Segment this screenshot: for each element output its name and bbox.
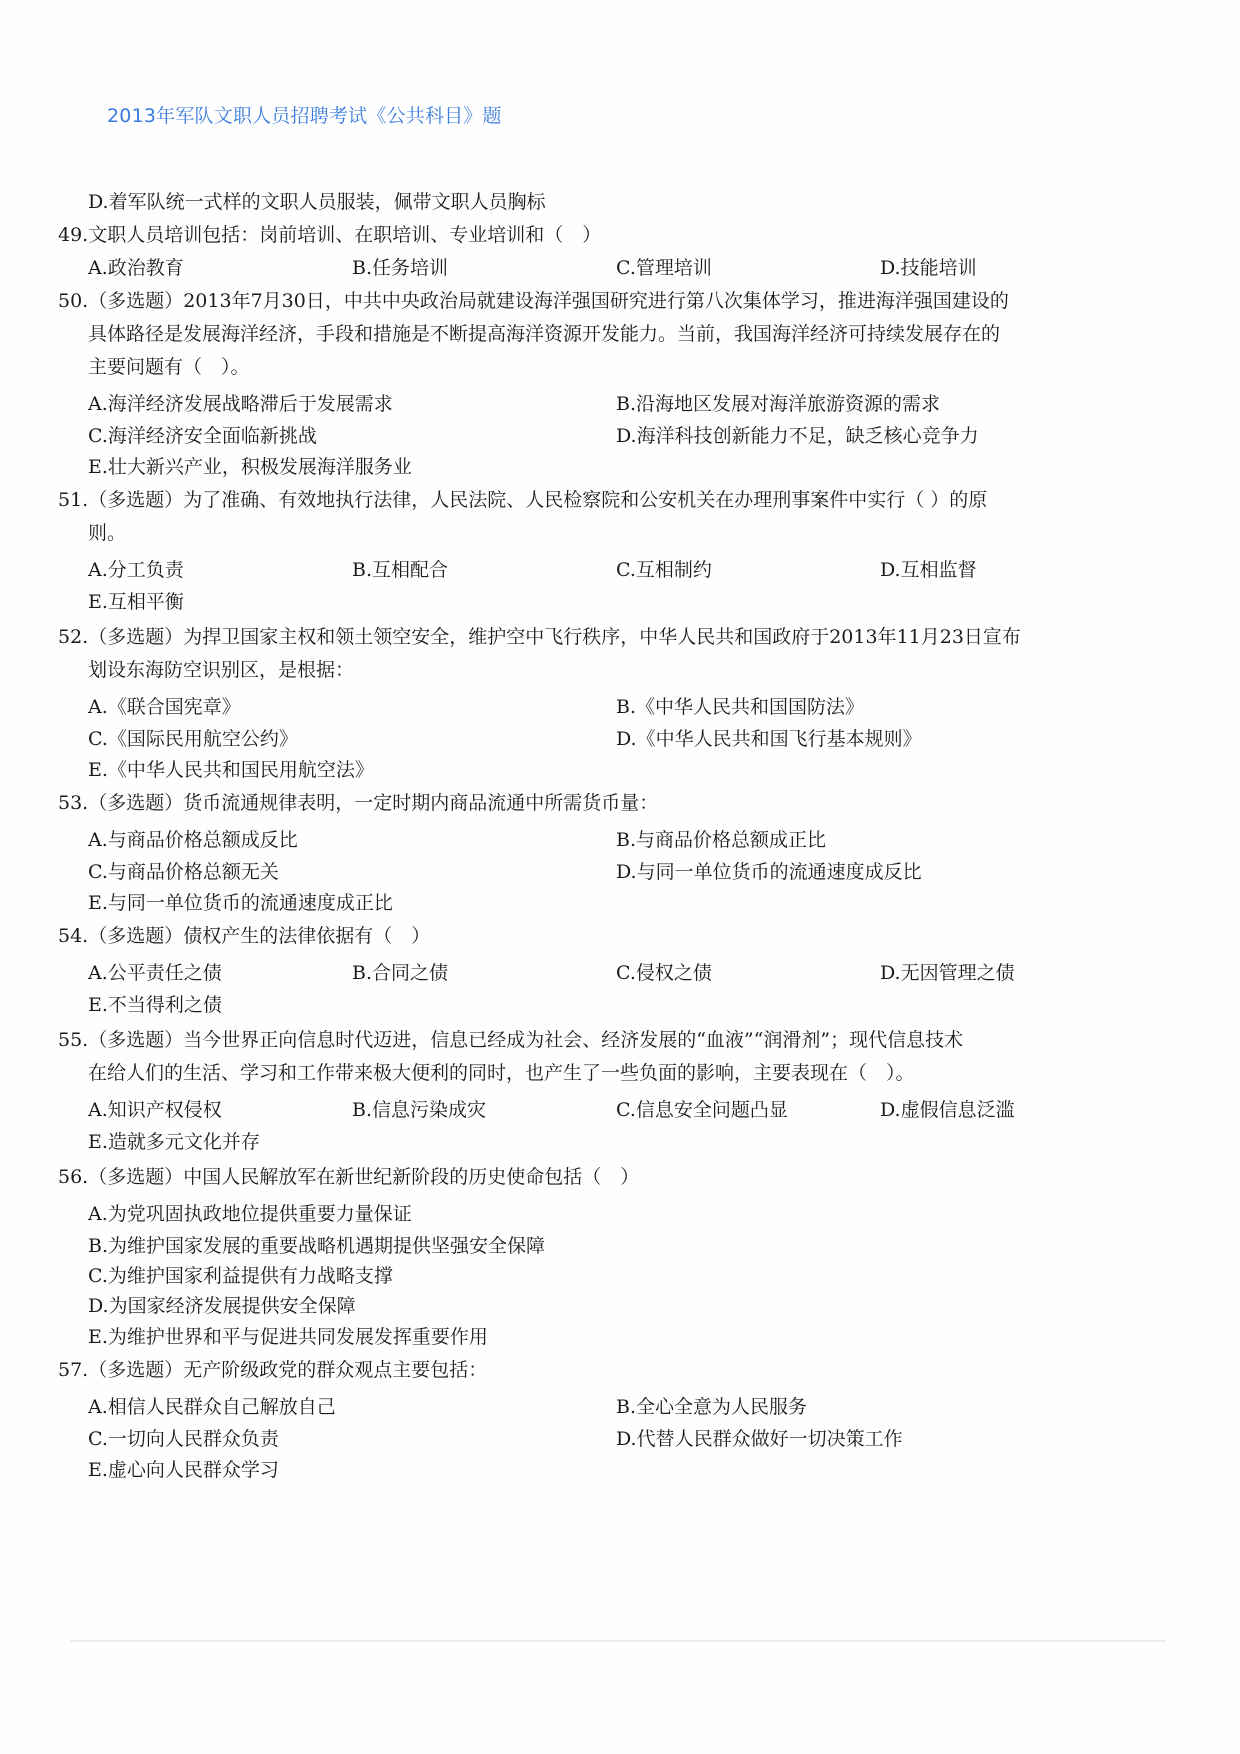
option-e: E.壮大新兴产业，积极发展海洋服务业	[88, 451, 412, 484]
option-row: E.造就多元文化并存	[58, 1127, 1168, 1157]
footer-divider	[70, 1640, 1166, 1642]
option-d: D.与同一单位货币的流通速度成反比	[616, 857, 922, 887]
option-e: E.《中华人民共和国民用航空法》	[88, 754, 374, 787]
question-55: 55.（多选题）当今世界正向信息时代迈进，信息已经成为社会、经济发展的“血液”“…	[58, 1024, 1168, 1157]
question-text: 主要问题有（ ）。	[58, 351, 1168, 384]
question-53: 53.（多选题）货币流通规律表明，一定时期内商品流通中所需货币量： A.与商品价…	[58, 787, 1168, 920]
option-b: B.合同之债	[352, 957, 448, 990]
option-d: D.《中华人民共和国飞行基本规则》	[616, 724, 922, 754]
question-text: 54.（多选题）债权产生的法律依据有（ ）	[58, 920, 1168, 953]
option-row: C.为维护国家利益提供有力战略支撑	[58, 1261, 1168, 1291]
option-c: C.与商品价格总额无关	[88, 857, 279, 887]
option-c: C.海洋经济安全面临新挑战	[88, 421, 317, 451]
option-c: C.互相制约	[616, 554, 712, 587]
option-b: B.与商品价格总额成正比	[616, 824, 826, 857]
question-50: 50.（多选题）2013年7月30日，中共中央政治局就建设海洋强国研究进行第八次…	[58, 285, 1168, 484]
option-row: E.为维护世界和平与促进共同发展发挥重要作用	[58, 1321, 1168, 1354]
question-text: 49.文职人员培训包括：岗前培训、在职培训、专业培训和（ ）	[58, 219, 1168, 252]
option-row: E.不当得利之债	[58, 990, 1168, 1020]
option-e: E.不当得利之债	[88, 990, 222, 1020]
option-d: D.技能培训	[880, 252, 977, 285]
option-b: B.《中华人民共和国国防法》	[616, 691, 864, 724]
option-d: D.无因管理之债	[880, 957, 1015, 990]
option-row: A.海洋经济发展战略滞后于发展需求 B.沿海地区发展对海洋旅游资源的需求	[58, 388, 1168, 421]
option-e: E.虚心向人民群众学习	[88, 1454, 279, 1487]
document-title: 2013年军队文职人员招聘考试《公共科目》题	[107, 101, 502, 128]
question-57: 57.（多选题）无产阶级政党的群众观点主要包括： A.相信人民群众自己解放自己 …	[58, 1354, 1168, 1487]
option-e: E.造就多元文化并存	[88, 1127, 260, 1157]
question-text: 52.（多选题）为捍卫国家主权和领土领空安全，维护空中飞行秩序，中华人民共和国政…	[58, 621, 1168, 654]
option-e: E.互相平衡	[88, 587, 184, 617]
option-row: A.《联合国宪章》 B.《中华人民共和国国防法》	[58, 691, 1168, 724]
option-c: C.一切向人民群众负责	[88, 1424, 279, 1454]
question-text: 具体路径是发展海洋经济，手段和措施是不断提高海洋资源开发能力。当前，我国海洋经济…	[58, 318, 1168, 351]
question-54: 54.（多选题）债权产生的法律依据有（ ） A.公平责任之债 B.合同之债 C.…	[58, 920, 1168, 1020]
option-e: E.为维护世界和平与促进共同发展发挥重要作用	[88, 1321, 488, 1354]
question-text: 55.（多选题）当今世界正向信息时代迈进，信息已经成为社会、经济发展的“血液”“…	[58, 1024, 1168, 1057]
option-row: A.分工负责 B.互相配合 C.互相制约 D.互相监督	[58, 554, 1168, 587]
question-49: 49.文职人员培训包括：岗前培训、在职培训、专业培训和（ ） A.政治教育 B.…	[58, 219, 1168, 285]
option-row: C.海洋经济安全面临新挑战 D.海洋科技创新能力不足，缺乏核心竞争力	[58, 421, 1168, 451]
question-text: 53.（多选题）货币流通规律表明，一定时期内商品流通中所需货币量：	[58, 787, 1168, 820]
option-d: D.虚假信息泛滥	[880, 1094, 1015, 1127]
option-a: A.公平责任之债	[88, 957, 222, 990]
question-list: D.着军队统一式样的文职人员服装，佩带文职人员胸标 49.文职人员培训包括：岗前…	[58, 186, 1168, 1487]
option-row: E.壮大新兴产业，积极发展海洋服务业	[58, 451, 1168, 484]
question-52: 52.（多选题）为捍卫国家主权和领土领空安全，维护空中飞行秩序，中华人民共和国政…	[58, 621, 1168, 787]
option-row: C.《国际民用航空公约》 D.《中华人民共和国飞行基本规则》	[58, 724, 1168, 754]
option-b: B.沿海地区发展对海洋旅游资源的需求	[616, 388, 940, 421]
option-row: A.知识产权侵权 B.信息污染成灾 C.信息安全问题凸显 D.虚假信息泛滥	[58, 1094, 1168, 1127]
option-c: C.侵权之债	[616, 957, 712, 990]
question-51: 51.（多选题）为了准确、有效地执行法律，人民法院、人民检察院和公安机关在办理刑…	[58, 484, 1168, 617]
question-text: 57.（多选题）无产阶级政党的群众观点主要包括：	[58, 1354, 1168, 1387]
carryover-option: D.着军队统一式样的文职人员服装，佩带文职人员胸标	[58, 186, 1168, 219]
option-a: A.海洋经济发展战略滞后于发展需求	[88, 388, 393, 421]
option-row: A.与商品价格总额成反比 B.与商品价格总额成正比	[58, 824, 1168, 857]
option-row: E.虚心向人民群众学习	[58, 1454, 1168, 1487]
option-b: B.为维护国家发展的重要战略机遇期提供坚强安全保障	[88, 1231, 545, 1261]
option-b: B.任务培训	[352, 252, 448, 285]
option-b: B.信息污染成灾	[352, 1094, 486, 1127]
option-d: D.互相监督	[880, 554, 977, 587]
option-row: E.互相平衡	[58, 587, 1168, 617]
option-c: C.信息安全问题凸显	[616, 1094, 788, 1127]
question-text: 56.（多选题）中国人民解放军在新世纪新阶段的历史使命包括（ ）	[58, 1161, 1168, 1194]
option-row: C.与商品价格总额无关 D.与同一单位货币的流通速度成反比	[58, 857, 1168, 887]
option-c: C.管理培训	[616, 252, 712, 285]
option-b: B.互相配合	[352, 554, 448, 587]
option-a: A.政治教育	[88, 252, 184, 285]
option-row: A.政治教育 B.任务培训 C.管理培训 D.技能培训	[58, 252, 1168, 285]
option-row: E.与同一单位货币的流通速度成正比	[58, 887, 1168, 920]
option-a: A.与商品价格总额成反比	[88, 824, 298, 857]
question-text: 划设东海防空识别区，是根据：	[58, 654, 1168, 687]
question-text: 50.（多选题）2013年7月30日，中共中央政治局就建设海洋强国研究进行第八次…	[58, 285, 1168, 318]
question-text: 51.（多选题）为了准确、有效地执行法律，人民法院、人民检察院和公安机关在办理刑…	[58, 484, 1168, 517]
option-a: A.《联合国宪章》	[88, 691, 241, 724]
option-a: A.为党巩固执政地位提供重要力量保证	[88, 1198, 412, 1231]
option-d: D.海洋科技创新能力不足，缺乏核心竞争力	[616, 421, 979, 451]
option-d: D.代替人民群众做好一切决策工作	[616, 1424, 903, 1454]
option-a: A.相信人民群众自己解放自己	[88, 1391, 336, 1424]
option-row: A.相信人民群众自己解放自己 B.全心全意为人民服务	[58, 1391, 1168, 1424]
option-row: A.公平责任之债 B.合同之债 C.侵权之债 D.无因管理之债	[58, 957, 1168, 990]
option-row: A.为党巩固执政地位提供重要力量保证	[58, 1198, 1168, 1231]
option-row: B.为维护国家发展的重要战略机遇期提供坚强安全保障	[58, 1231, 1168, 1261]
option-c: C.《国际民用航空公约》	[88, 724, 298, 754]
question-text: 则。	[58, 517, 1168, 550]
option-row: C.一切向人民群众负责 D.代替人民群众做好一切决策工作	[58, 1424, 1168, 1454]
option-d: D.为国家经济发展提供安全保障	[88, 1291, 356, 1321]
option-row: E.《中华人民共和国民用航空法》	[58, 754, 1168, 787]
option-a: A.知识产权侵权	[88, 1094, 222, 1127]
option-a: A.分工负责	[88, 554, 184, 587]
option-c: C.为维护国家利益提供有力战略支撑	[88, 1261, 393, 1291]
option-e: E.与同一单位货币的流通速度成正比	[88, 887, 393, 920]
question-text: 在给人们的生活、学习和工作带来极大便利的同时，也产生了一些负面的影响，主要表现在…	[58, 1057, 1168, 1090]
question-56: 56.（多选题）中国人民解放军在新世纪新阶段的历史使命包括（ ） A.为党巩固执…	[58, 1161, 1168, 1354]
option-b: B.全心全意为人民服务	[616, 1391, 807, 1424]
option-row: D.为国家经济发展提供安全保障	[58, 1291, 1168, 1321]
